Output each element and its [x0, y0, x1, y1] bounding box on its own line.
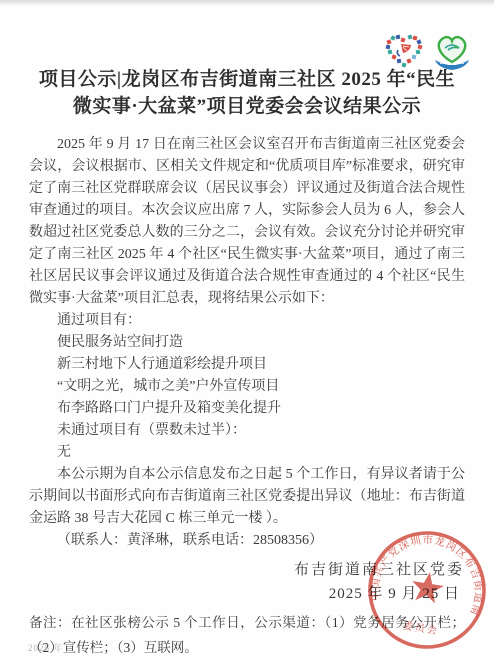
- signature-block: 布吉街道南三社区党委 2025 年 9 月 25 日: [0, 558, 464, 606]
- scanned-announcement-document: 项目公示|龙岗区布吉街道南三社区 2025 年“民生 微实事·大盆菜”项目党委会…: [0, 0, 494, 656]
- community-green-heart-icon: [432, 32, 472, 76]
- approved-projects-header: 通过项目有：: [29, 310, 465, 332]
- footer-remark: 备注：在社区张榜公示 5 个工作日，公示渠道：（1）党务居务公开栏；（2）宣传栏…: [29, 610, 465, 656]
- header-logos: [384, 32, 472, 76]
- document-body: 2025 年 9 月 17 日在南三社区会议室召开布吉街道南三社区党委会会议，会…: [29, 134, 465, 552]
- rejected-projects-header: 未通过项目有（票数未过半）：: [29, 420, 465, 442]
- objection-period-paragraph: 本公示期为自本公示信息发布之日起 5 个工作日，有异议者请于公示期间以书面形式向…: [29, 464, 465, 530]
- signature-date: 2025 年 9 月 25 日: [0, 582, 464, 606]
- approved-project-item: 布李路路口门户提升及箱变美化提升: [29, 398, 465, 420]
- rejected-projects-value: 无: [29, 442, 465, 464]
- approved-project-item: 便民服务站空间打造: [29, 332, 465, 354]
- minsheng-mosaic-heart-icon: [384, 32, 426, 72]
- approved-project-item: “文明之光，城市之美”户外宣传项目: [29, 376, 465, 398]
- meeting-summary-paragraph: 2025 年 9 月 17 日在南三社区会议室召开布吉街道南三社区党委会会议，会…: [29, 134, 465, 310]
- signature-organization: 布吉街道南三社区党委: [0, 558, 464, 582]
- page-edge-scan-text: 2025 年: [28, 641, 63, 654]
- document-title-line2: 微实事·大盆菜”项目党委会会议结果公示: [0, 93, 494, 120]
- approved-project-item: 新三村地下人行通道彩绘提升项目: [29, 354, 465, 376]
- contact-line: （联系人：黄泽琳，联系电话：28508356）: [29, 530, 465, 552]
